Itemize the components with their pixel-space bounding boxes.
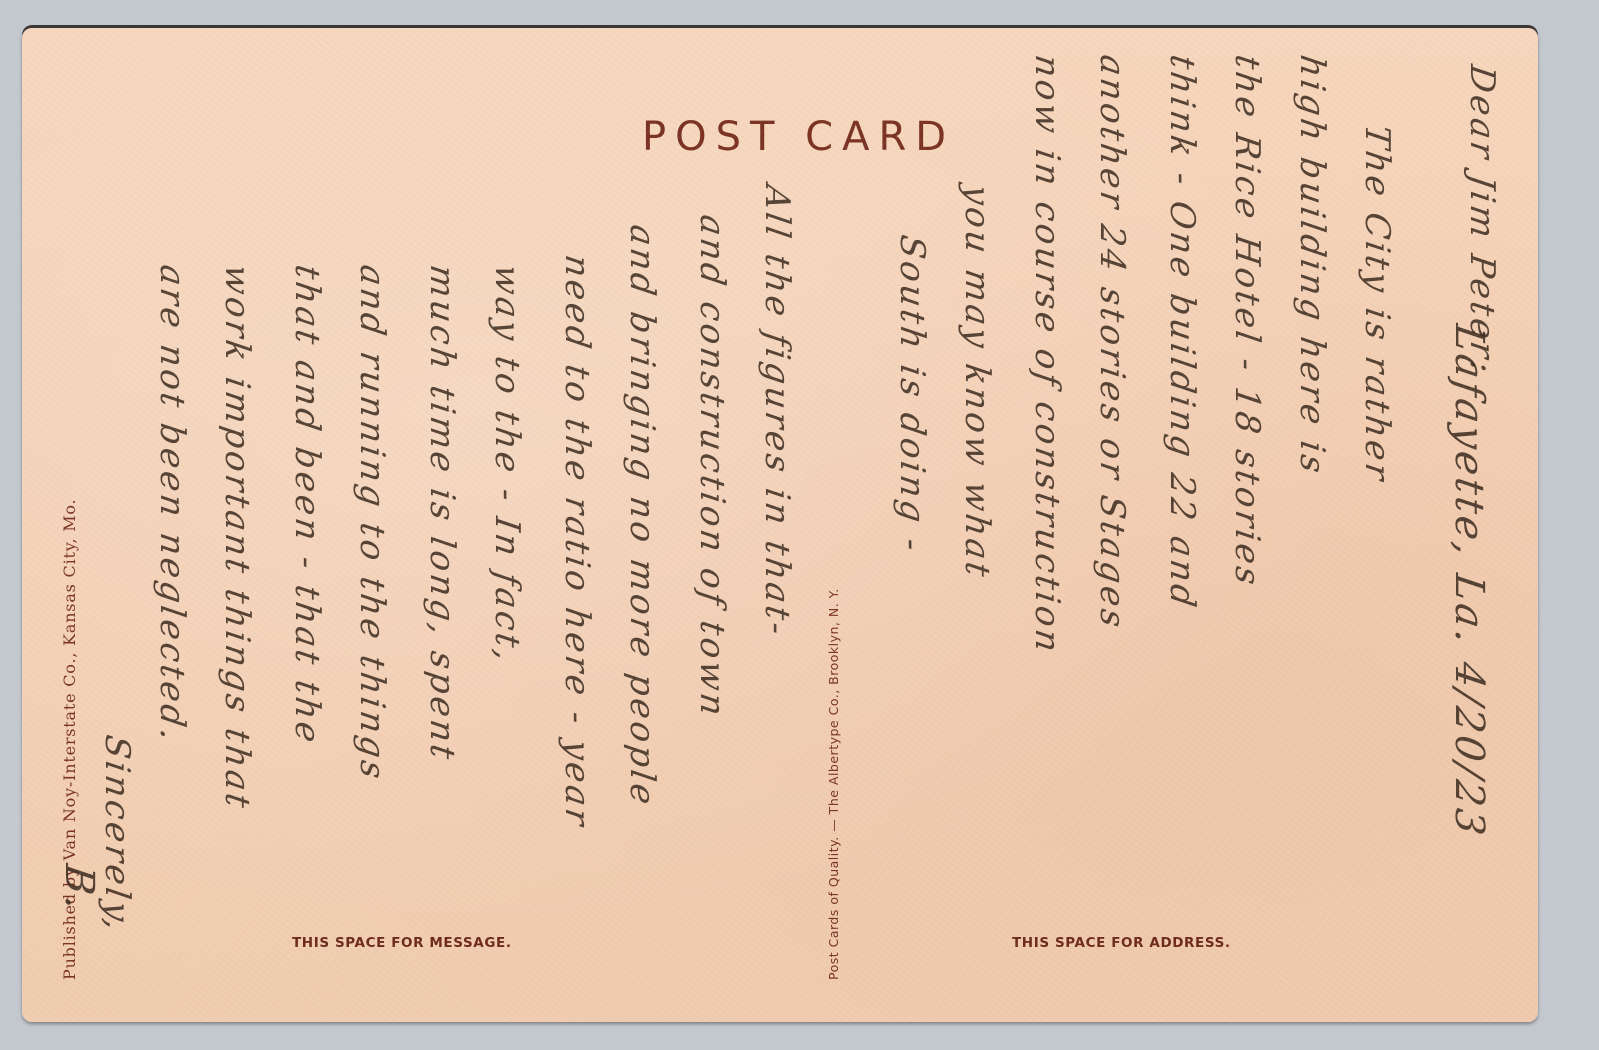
handwriting-signoff: Sincerely, (97, 732, 137, 936)
handwriting-line: and running to the things (352, 262, 392, 784)
handwriting-line: that and been - that the (287, 262, 327, 748)
handwriting-signature: B. (56, 862, 102, 917)
postcard-back: POST CARD Published by Van Noy-Interstat… (22, 28, 1538, 1022)
handwriting-line: All the figures in that- (757, 182, 797, 640)
handwriting-line: think - One building 22 and (1162, 52, 1202, 612)
handwriting-line: much time is long, spent (422, 262, 462, 764)
printer-imprint: Post Cards of Quality. — The Albertype C… (826, 588, 841, 980)
handwriting-line: the Rice Hotel - 18 stories (1227, 52, 1267, 590)
postcard-title: POST CARD (642, 114, 955, 160)
address-space-caption: THIS SPACE FOR ADDRESS. (1012, 935, 1231, 951)
center-divider (856, 188, 857, 968)
handwriting-line: now in course of construction (1027, 52, 1067, 657)
handwriting-line: are not been neglected. (152, 262, 192, 746)
handwriting-line: another 24 stories or Stages (1092, 52, 1132, 632)
handwriting-line: you may know what (957, 182, 997, 581)
handwriting-line: way to the - In fact, (487, 262, 527, 666)
handwriting-line: South is doing - (892, 232, 932, 556)
handwriting-line: and bringing no more people (622, 222, 662, 809)
message-space-caption: THIS SPACE FOR MESSAGE. (292, 935, 512, 951)
handwriting-line: The City is rather (1357, 122, 1397, 485)
handwriting-line: Lafayette, La. 4/20/23 (1446, 322, 1492, 841)
handwriting-line: and construction of town (692, 212, 732, 721)
handwriting-line: work important things that (217, 262, 257, 813)
handwriting-line: high building here is (1292, 52, 1332, 478)
handwriting-line: need to the ratio here - year (557, 252, 597, 830)
